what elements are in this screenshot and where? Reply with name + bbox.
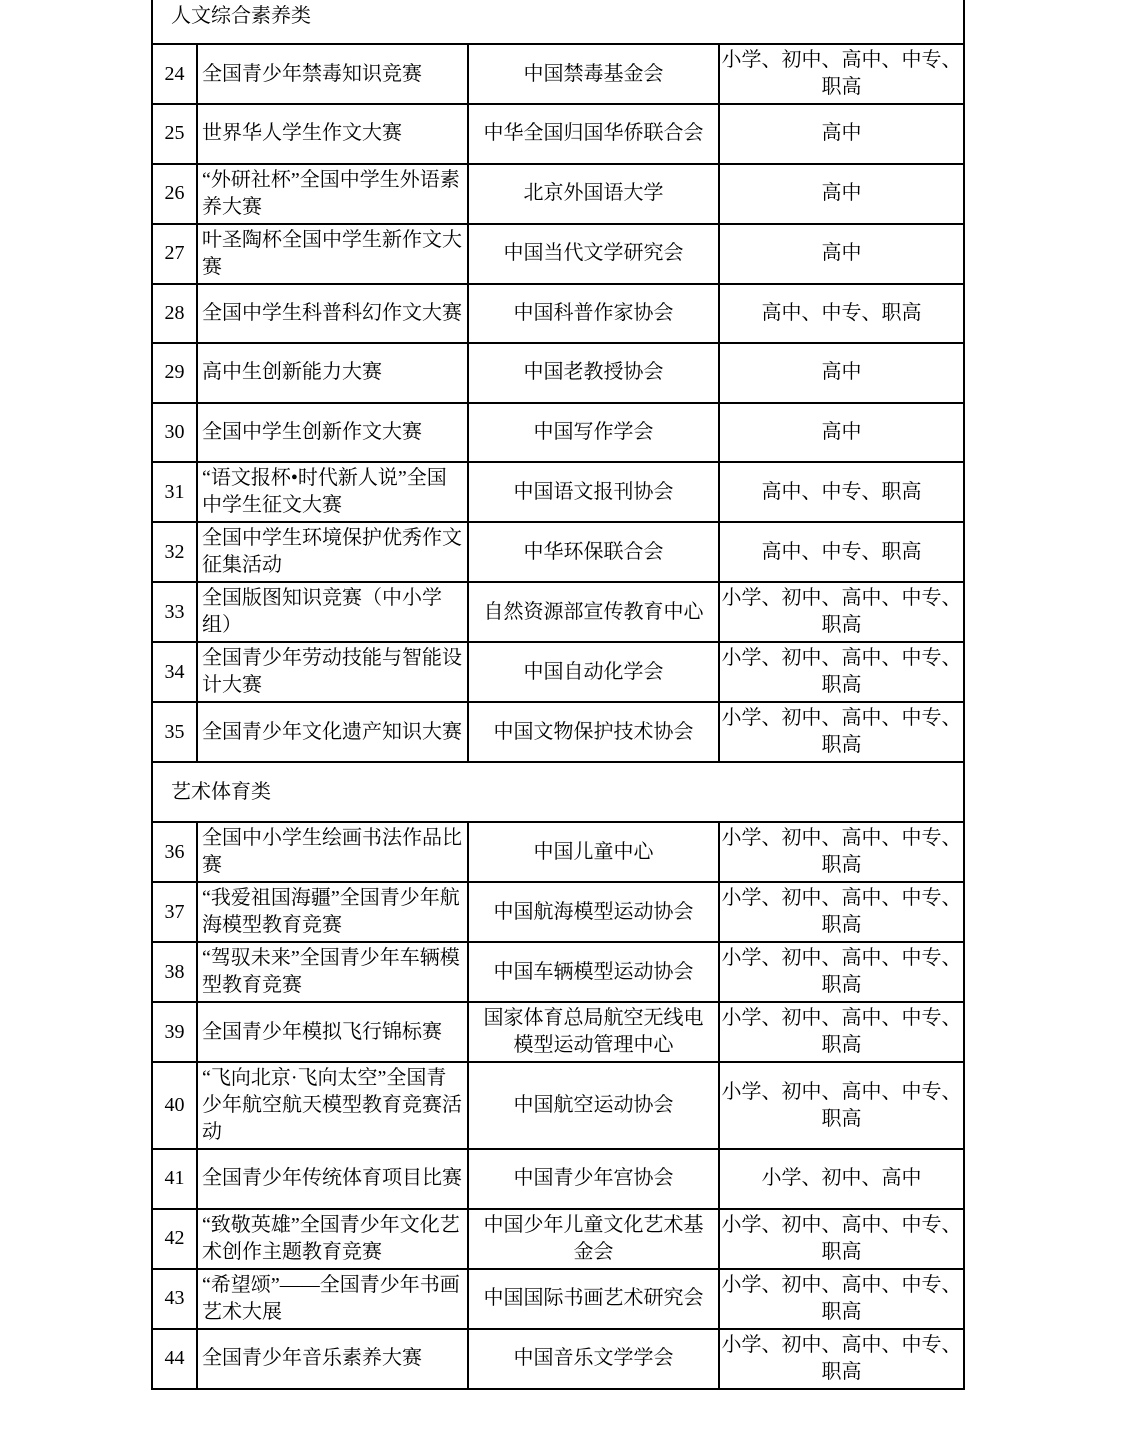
table-row: 28全国中学生科普科幻作文大赛中国科普作家协会高中、中专、职高 [152,284,964,344]
school-levels-cell: 高中 [719,343,964,403]
competition-name-cell: “外研社杯”全国中学生外语素养大赛 [197,164,468,224]
school-levels-cell: 小学、初中、高中、中专、职高 [719,1209,964,1269]
school-levels-cell: 高中 [719,164,964,224]
table-row: 38“驾驭未来”全国青少年车辆模型教育竞赛中国车辆模型运动协会小学、初中、高中、… [152,942,964,1002]
section-header-label: 艺术体育类 [152,762,964,822]
organizer-cell: 中国老教授协会 [468,343,719,403]
competition-name-cell: 全国青少年传统体育项目比赛 [197,1149,468,1209]
organizer-cell: 国家体育总局航空无线电模型运动管理中心 [468,1002,719,1062]
competition-name-cell: 全国版图知识竞赛（中小学组） [197,582,468,642]
section-header-row: 艺术体育类 [152,762,964,822]
competition-name-cell: 全国中学生科普科幻作文大赛 [197,284,468,344]
row-number-cell: 32 [152,522,197,582]
table-row: 40“飞向北京·飞向太空”全国青少年航空航天模型教育竞赛活动中国航空运动协会小学… [152,1062,964,1149]
competition-name-cell: “驾驭未来”全国青少年车辆模型教育竞赛 [197,942,468,1002]
organizer-cell: 北京外国语大学 [468,164,719,224]
school-levels-cell: 小学、初中、高中、中专、职高 [719,942,964,1002]
table-row: 42“致敬英雄”全国青少年文化艺术创作主题教育竞赛中国少年儿童文化艺术基金会小学… [152,1209,964,1269]
school-levels-cell: 高中 [719,403,964,463]
competition-name-cell: 高中生创新能力大赛 [197,343,468,403]
school-levels-cell: 高中 [719,224,964,284]
competition-name-cell: 全国青少年模拟飞行锦标赛 [197,1002,468,1062]
table-row: 44全国青少年音乐素养大赛中国音乐文学学会小学、初中、高中、中专、职高 [152,1329,964,1389]
competition-name-cell: 全国青少年文化遗产知识大赛 [197,702,468,762]
organizer-cell: 中国儿童中心 [468,822,719,882]
table-row: 39全国青少年模拟飞行锦标赛国家体育总局航空无线电模型运动管理中心小学、初中、高… [152,1002,964,1062]
organizer-cell: 中国航空运动协会 [468,1062,719,1149]
school-levels-cell: 高中、中专、职高 [719,284,964,344]
row-number-cell: 29 [152,343,197,403]
organizer-cell: 中华环保联合会 [468,522,719,582]
table-row: 24全国青少年禁毒知识竞赛中国禁毒基金会小学、初中、高中、中专、职高 [152,44,964,104]
competition-name-cell: 全国中学生环境保护优秀作文征集活动 [197,522,468,582]
school-levels-cell: 小学、初中、高中 [719,1149,964,1209]
organizer-cell: 中国文物保护技术协会 [468,702,719,762]
competition-name-cell: 叶圣陶杯全国中学生新作文大赛 [197,224,468,284]
organizer-cell: 中国写作学会 [468,403,719,463]
competition-name-cell: 世界华人学生作文大赛 [197,104,468,164]
table-row: 30全国中学生创新作文大赛中国写作学会高中 [152,403,964,463]
row-number-cell: 28 [152,284,197,344]
organizer-cell: 中国国际书画艺术研究会 [468,1269,719,1329]
school-levels-cell: 高中 [719,104,964,164]
row-number-cell: 34 [152,642,197,702]
table-row: 25世界华人学生作文大赛中华全国归国华侨联合会高中 [152,104,964,164]
row-number-cell: 40 [152,1062,197,1149]
table-row: 33全国版图知识竞赛（中小学组）自然资源部宣传教育中心小学、初中、高中、中专、职… [152,582,964,642]
competitions-table: 人文综合素养类24全国青少年禁毒知识竞赛中国禁毒基金会小学、初中、高中、中专、职… [151,0,965,1390]
competition-name-cell: 全国中学生创新作文大赛 [197,403,468,463]
row-number-cell: 44 [152,1329,197,1389]
organizer-cell: 自然资源部宣传教育中心 [468,582,719,642]
table-row: 37“我爱祖国海疆”全国青少年航海模型教育竞赛中国航海模型运动协会小学、初中、高… [152,882,964,942]
school-levels-cell: 小学、初中、高中、中专、职高 [719,1062,964,1149]
competition-name-cell: “我爱祖国海疆”全国青少年航海模型教育竞赛 [197,882,468,942]
row-number-cell: 41 [152,1149,197,1209]
table-row: 26“外研社杯”全国中学生外语素养大赛北京外国语大学高中 [152,164,964,224]
organizer-cell: 中国语文报刊协会 [468,462,719,522]
row-number-cell: 30 [152,403,197,463]
row-number-cell: 35 [152,702,197,762]
organizer-cell: 中国禁毒基金会 [468,44,719,104]
competition-name-cell: 全国青少年禁毒知识竞赛 [197,44,468,104]
table-row: 43“希望颂”——全国青少年书画艺术大展中国国际书画艺术研究会小学、初中、高中、… [152,1269,964,1329]
organizer-cell: 中国音乐文学学会 [468,1329,719,1389]
table-row: 29高中生创新能力大赛中国老教授协会高中 [152,343,964,403]
competitions-table-body: 人文综合素养类24全国青少年禁毒知识竞赛中国禁毒基金会小学、初中、高中、中专、职… [152,0,964,1389]
school-levels-cell: 小学、初中、高中、中专、职高 [719,44,964,104]
row-number-cell: 24 [152,44,197,104]
organizer-cell: 中国科普作家协会 [468,284,719,344]
table-row: 31“语文报杯•时代新人说”全国中学生征文大赛中国语文报刊协会高中、中专、职高 [152,462,964,522]
competition-name-cell: 全国中小学生绘画书法作品比赛 [197,822,468,882]
row-number-cell: 36 [152,822,197,882]
table-row: 27叶圣陶杯全国中学生新作文大赛中国当代文学研究会高中 [152,224,964,284]
competition-name-cell: 全国青少年音乐素养大赛 [197,1329,468,1389]
organizer-cell: 中国少年儿童文化艺术基金会 [468,1209,719,1269]
competition-name-cell: “飞向北京·飞向太空”全国青少年航空航天模型教育竞赛活动 [197,1062,468,1149]
school-levels-cell: 高中、中专、职高 [719,462,964,522]
row-number-cell: 26 [152,164,197,224]
organizer-cell: 中国自动化学会 [468,642,719,702]
competition-name-cell: 全国青少年劳动技能与智能设计大赛 [197,642,468,702]
competition-name-cell: “语文报杯•时代新人说”全国中学生征文大赛 [197,462,468,522]
competition-name-cell: “致敬英雄”全国青少年文化艺术创作主题教育竞赛 [197,1209,468,1269]
school-levels-cell: 小学、初中、高中、中专、职高 [719,882,964,942]
section-header-label: 人文综合素养类 [152,0,964,44]
row-number-cell: 38 [152,942,197,1002]
table-row: 35全国青少年文化遗产知识大赛中国文物保护技术协会小学、初中、高中、中专、职高 [152,702,964,762]
table-row: 32全国中学生环境保护优秀作文征集活动中华环保联合会高中、中专、职高 [152,522,964,582]
row-number-cell: 25 [152,104,197,164]
school-levels-cell: 小学、初中、高中、中专、职高 [719,822,964,882]
organizer-cell: 中国航海模型运动协会 [468,882,719,942]
row-number-cell: 39 [152,1002,197,1062]
table-row: 41全国青少年传统体育项目比赛中国青少年宫协会小学、初中、高中 [152,1149,964,1209]
school-levels-cell: 小学、初中、高中、中专、职高 [719,1269,964,1329]
organizer-cell: 中国青少年宫协会 [468,1149,719,1209]
school-levels-cell: 小学、初中、高中、中专、职高 [719,702,964,762]
section-header-row: 人文综合素养类 [152,0,964,44]
school-levels-cell: 小学、初中、高中、中专、职高 [719,642,964,702]
organizer-cell: 中华全国归国华侨联合会 [468,104,719,164]
table-row: 34全国青少年劳动技能与智能设计大赛中国自动化学会小学、初中、高中、中专、职高 [152,642,964,702]
school-levels-cell: 高中、中专、职高 [719,522,964,582]
row-number-cell: 33 [152,582,197,642]
school-levels-cell: 小学、初中、高中、中专、职高 [719,582,964,642]
row-number-cell: 43 [152,1269,197,1329]
organizer-cell: 中国当代文学研究会 [468,224,719,284]
school-levels-cell: 小学、初中、高中、中专、职高 [719,1329,964,1389]
row-number-cell: 37 [152,882,197,942]
row-number-cell: 27 [152,224,197,284]
document-page: 人文综合素养类24全国青少年禁毒知识竞赛中国禁毒基金会小学、初中、高中、中专、职… [0,0,1122,1440]
row-number-cell: 31 [152,462,197,522]
school-levels-cell: 小学、初中、高中、中专、职高 [719,1002,964,1062]
row-number-cell: 42 [152,1209,197,1269]
organizer-cell: 中国车辆模型运动协会 [468,942,719,1002]
table-row: 36全国中小学生绘画书法作品比赛中国儿童中心小学、初中、高中、中专、职高 [152,822,964,882]
competition-name-cell: “希望颂”——全国青少年书画艺术大展 [197,1269,468,1329]
